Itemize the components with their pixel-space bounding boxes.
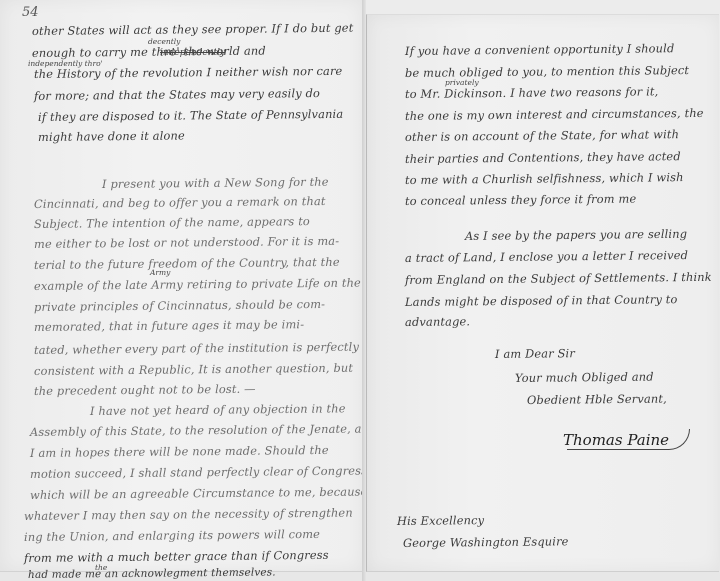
closing-line: Obedient Hble Servant, xyxy=(527,392,667,407)
letter-line: memorated, that in future ages it may be… xyxy=(34,317,304,334)
letter-line: other is on account of the State, for wh… xyxy=(405,127,679,144)
letter-line: the precedent ought not to be lost. — xyxy=(34,382,256,398)
letter-line: had made me an acknowlegment themselves. xyxy=(28,566,276,581)
letter-line: private principles of Cincinnatus, shoul… xyxy=(34,297,325,314)
folio-number: 54 xyxy=(22,5,39,20)
letter-line: a tract of Land, I enclose you a letter … xyxy=(405,248,688,265)
letter-line: I present you with a New Song for the xyxy=(102,175,329,191)
letter-line: to conceal unless they force it from me xyxy=(405,192,636,208)
struck-word: independently xyxy=(160,48,225,58)
letter-line: Cincinnati, and beg to offer you a remar… xyxy=(34,194,326,211)
scanned-spread: 54 other States will act as they see pro… xyxy=(0,0,720,581)
letter-line: from me with a much better grace than if… xyxy=(24,548,329,565)
letter-line: their parties and Contentions, they have… xyxy=(405,149,681,166)
letter-line: Subject. The intention of the name, appe… xyxy=(34,214,310,231)
letter-line: might have done it alone xyxy=(38,128,185,144)
letter-line: I am in hopes there will be none made. S… xyxy=(30,443,329,460)
letter-line: which will be an agreeable Circumstance … xyxy=(30,484,368,502)
letter-line: example of the late Army retiring to pri… xyxy=(34,276,361,293)
letter-line: consistent with a Republic, It is anothe… xyxy=(34,361,353,378)
letter-line: advantage. xyxy=(405,314,470,329)
letter-line: Lands might be disposed of in that Count… xyxy=(405,292,678,309)
left-page: 54 other States will act as they see pro… xyxy=(0,0,363,572)
letter-line: other States will act as they see proper… xyxy=(32,21,354,38)
letter-line: ing the Union, and enlarging its powers … xyxy=(24,527,320,544)
right-page: If you have a convenient opportunity I s… xyxy=(366,14,719,572)
letter-line: whatever I may then say on the necessity… xyxy=(24,506,353,523)
interlineation: Army xyxy=(150,268,170,277)
signature-flourish xyxy=(567,429,690,450)
letter-line: I have not yet heard of any objection in… xyxy=(90,401,346,418)
letter-line: the one is my own interest and circumsta… xyxy=(405,106,704,123)
letter-line: to me with a Churlish selfishness, which… xyxy=(405,170,684,187)
letter-line: for more; and that the States may very e… xyxy=(34,86,320,103)
letter-line: if they are disposed to it. The State of… xyxy=(38,107,343,124)
letter-line: If you have a convenient opportunity I s… xyxy=(405,41,675,58)
address-line: His Excellency xyxy=(397,513,484,528)
letter-line: from England on the Subject of Settlemen… xyxy=(405,270,712,287)
letter-line: me either to be lost or not understood. … xyxy=(34,234,339,251)
letter-line: Assembly of this State, to the resolutio… xyxy=(30,421,377,439)
address-line: George Washington Esquire xyxy=(403,534,569,550)
letter-line: tated, whether every part of the institu… xyxy=(34,340,359,357)
letter-line: enough to carry me thro' the world and xyxy=(32,44,266,60)
letter-line: motion succeed, I shall stand perfectly … xyxy=(30,463,367,481)
closing-line: I am Dear Sir xyxy=(495,346,575,361)
letter-line: As I see by the papers you are selling xyxy=(465,227,687,243)
letter-line: to Mr. Dickinson. I have two reasons for… xyxy=(405,84,659,101)
letter-line: the History of the revolution I neither … xyxy=(34,64,343,81)
closing-line: Your much Obliged and xyxy=(515,370,654,385)
letter-line: terial to the future freedom of the Coun… xyxy=(34,255,340,272)
